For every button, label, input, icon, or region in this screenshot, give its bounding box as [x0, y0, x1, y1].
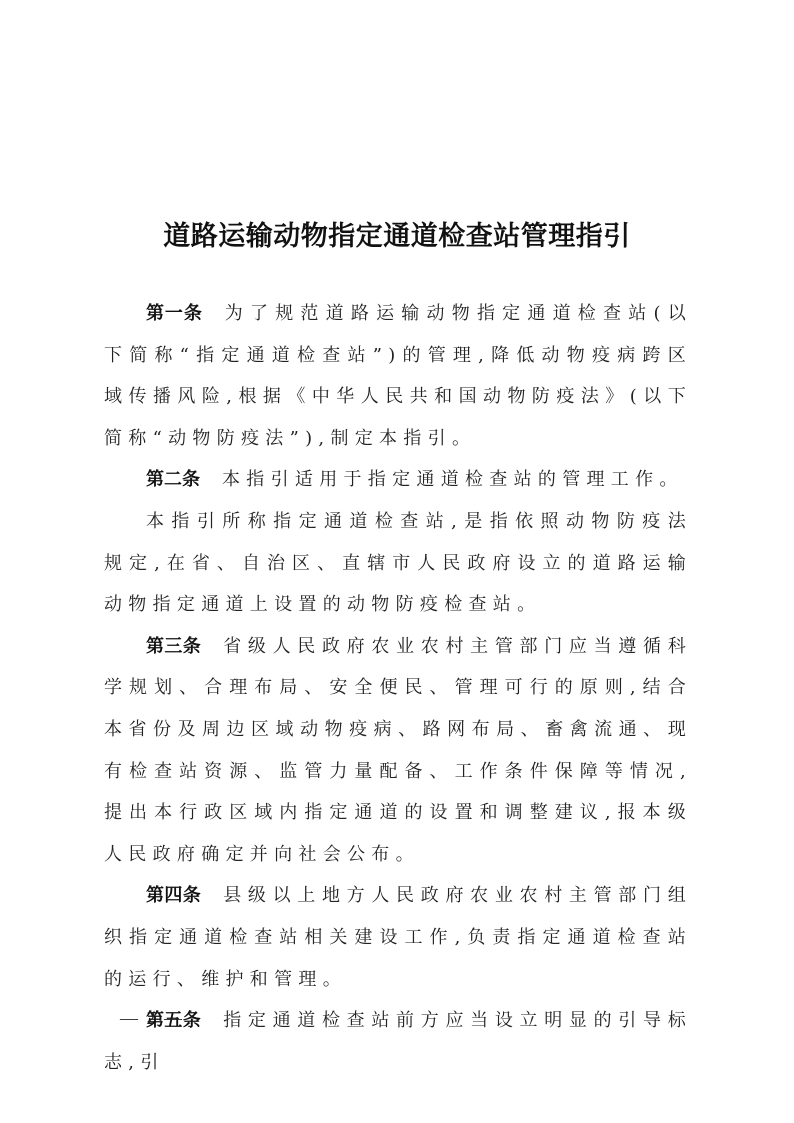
paragraph-article-4: 第四条县级以上地方人民政府农业农村主管部门组织指定通道检查站相关建设工作,负责指… [104, 875, 692, 1000]
paragraph-article-2: 第二条本指引适用于指定通道检查站的管理工作。 [104, 459, 692, 501]
article-label: 第一条 [146, 303, 203, 324]
document-page: 道路运输动物指定通道检查站管理指引 第一条为了规范道路运输动物指定通道检查站(以… [0, 0, 794, 1123]
paragraph-article-2-definition: 本指引所称指定通道检查站,是指依照动物防疫法规定,在省、自治区、直辖市人民政府设… [104, 501, 692, 626]
paragraph-article-5: 第五条指定通道检查站前方应当设立明显的引导标志,引 [104, 1000, 692, 1083]
article-label: 第三条 [146, 636, 201, 657]
paragraph-text: 本指引所称指定通道检查站,是指依照动物防疫法规定,在省、自治区、直辖市人民政府设… [104, 511, 692, 615]
paragraph-article-3: 第三条省级人民政府农业农村主管部门应当遵循科学规划、合理布局、安全便民、管理可行… [104, 626, 692, 876]
page-number: — 2 — [120, 1008, 184, 1029]
paragraph-text: 本指引适用于指定通道检查站的管理工作。 [222, 469, 684, 490]
document-body: 第一条为了规范道路运输动物指定通道检查站(以下简称“指定通道检查站”)的管理,降… [104, 293, 692, 1083]
article-label: 第二条 [146, 469, 200, 490]
paragraph-article-1: 第一条为了规范道路运输动物指定通道检查站(以下简称“指定通道检查站”)的管理,降… [104, 293, 692, 459]
article-label: 第四条 [146, 885, 201, 906]
paragraph-text: 为了规范道路运输动物指定通道检查站(以下简称“指定通道检查站”)的管理,降低动物… [104, 303, 692, 449]
paragraph-text: 省级人民政府农业农村主管部门应当遵循科学规划、合理布局、安全便民、管理可行的原则… [104, 636, 692, 865]
document-title: 道路运输动物指定通道检查站管理指引 [0, 214, 794, 253]
